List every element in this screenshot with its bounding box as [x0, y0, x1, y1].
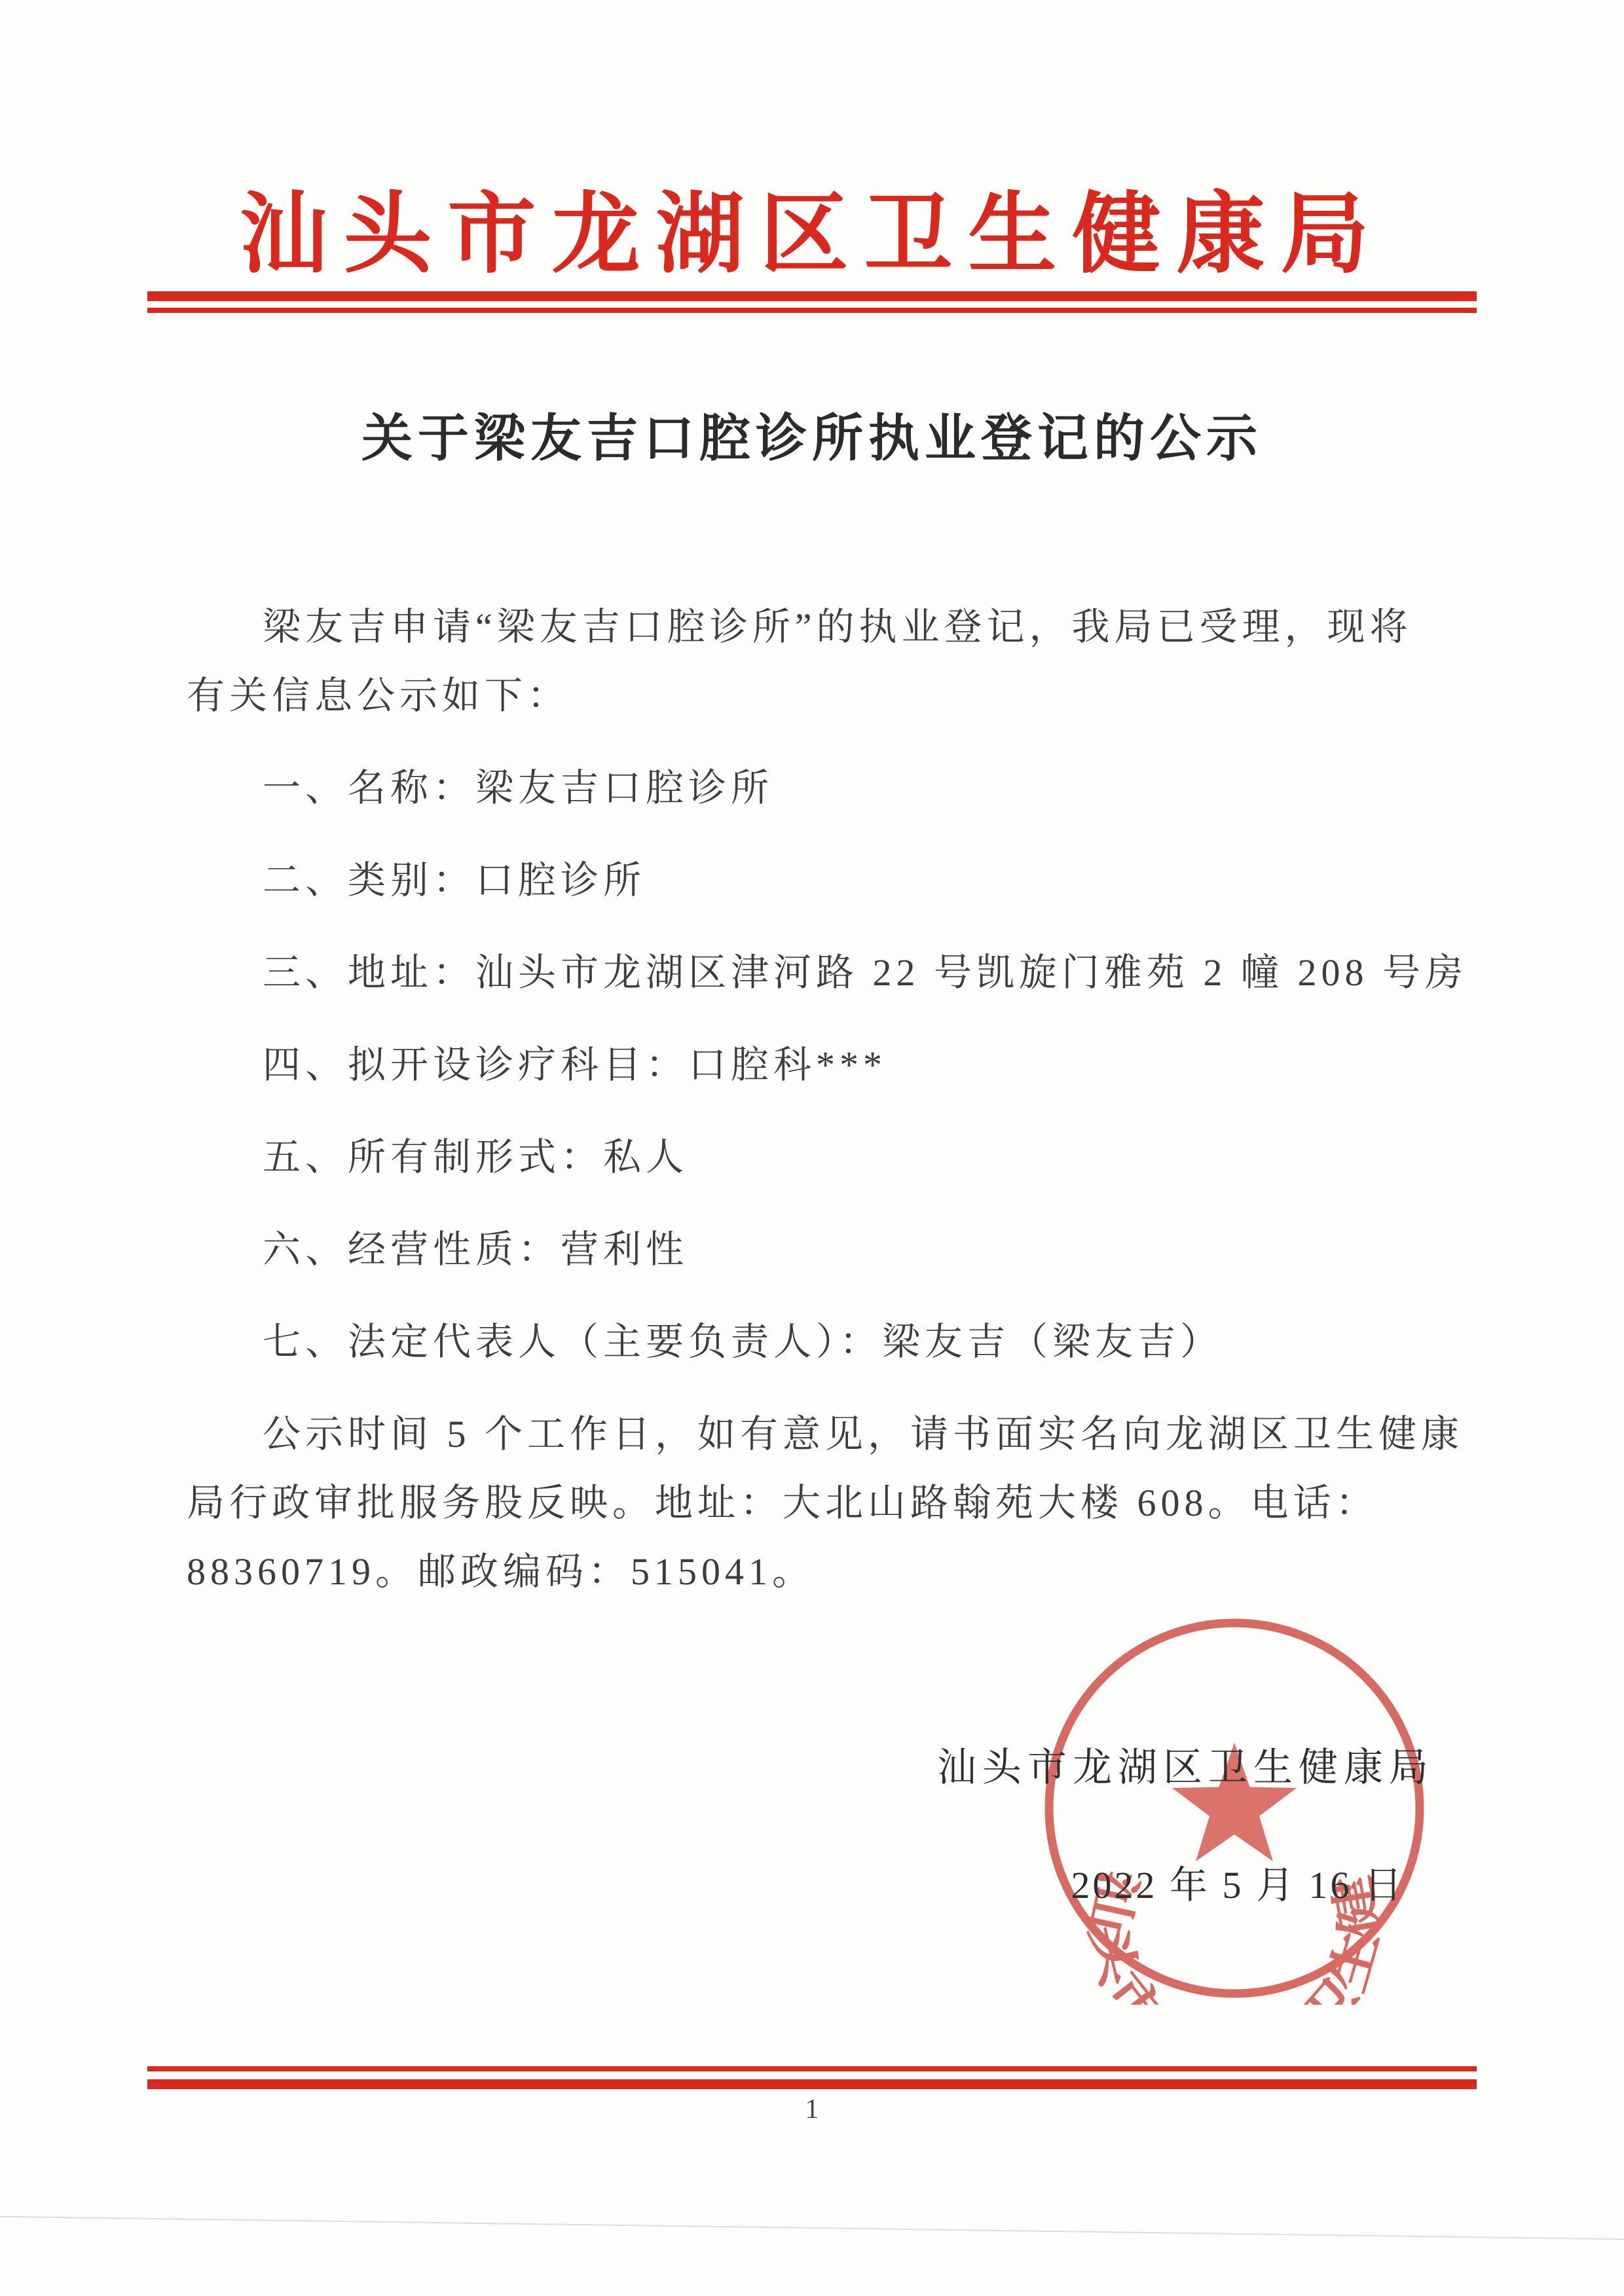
closing-line-2: 局行政审批服务股反映。地址：大北山路翰苑大楼 608。电话：	[187, 1468, 1477, 1537]
item-departments: 四、拟开设诊疗科目：口腔科***	[187, 1030, 1477, 1099]
signature-date: 2022 年 5 月 16 日	[1071, 1862, 1405, 1909]
footer-rule-thin	[147, 2066, 1477, 2071]
document-title: 关于梁友吉口腔诊所执业登记的公示	[0, 410, 1624, 467]
header-rule-thick	[147, 291, 1477, 301]
item-representative: 七、法定代表人（主要负责人）：梁友吉（梁友吉）	[187, 1307, 1477, 1376]
item-ownership: 五、所有制形式：私人	[187, 1123, 1477, 1192]
item-nature: 六、经营性质：营利性	[187, 1215, 1477, 1284]
intro-line-2: 有关信息公示如下：	[187, 661, 1477, 730]
closing-line-1: 公示时间 5 个工作日，如有意见，请书面实名向龙湖区卫生健康	[187, 1400, 1477, 1468]
header-rule-thin	[147, 308, 1477, 313]
intro-line-1: 梁友吉申请“梁友吉口腔诊所”的执业登记，我局已受理，现将	[187, 592, 1477, 661]
scan-edge-artifact	[0, 2216, 1624, 2240]
letterhead-title: 汕头市龙湖区卫生健康局	[0, 191, 1624, 280]
footer-rule-thick	[147, 2079, 1477, 2089]
item-address: 三、地址：汕头市龙湖区津河路 22 号凯旋门雅苑 2 幢 208 号房	[187, 938, 1477, 1007]
document-page: 汕头市龙湖区卫生健康局 关于梁友吉口腔诊所执业登记的公示 梁友吉申请“梁友吉口腔…	[0, 0, 1624, 2296]
signature-organization: 汕头市龙湖区卫生健康局	[937, 1744, 1434, 1791]
closing-line-3: 88360719。邮政编码：515041。	[187, 1537, 1477, 1606]
document-body: 梁友吉申请“梁友吉口腔诊所”的执业登记，我局已受理，现将 有关信息公示如下： 一…	[187, 592, 1477, 1606]
page-number: 1	[0, 2094, 1624, 2125]
official-seal: 汕头市龙湖区卫生健康局	[1038, 1612, 1431, 2005]
item-category: 二、类别：口腔诊所	[187, 846, 1477, 915]
item-name: 一、名称：梁友吉口腔诊所	[187, 754, 1477, 822]
